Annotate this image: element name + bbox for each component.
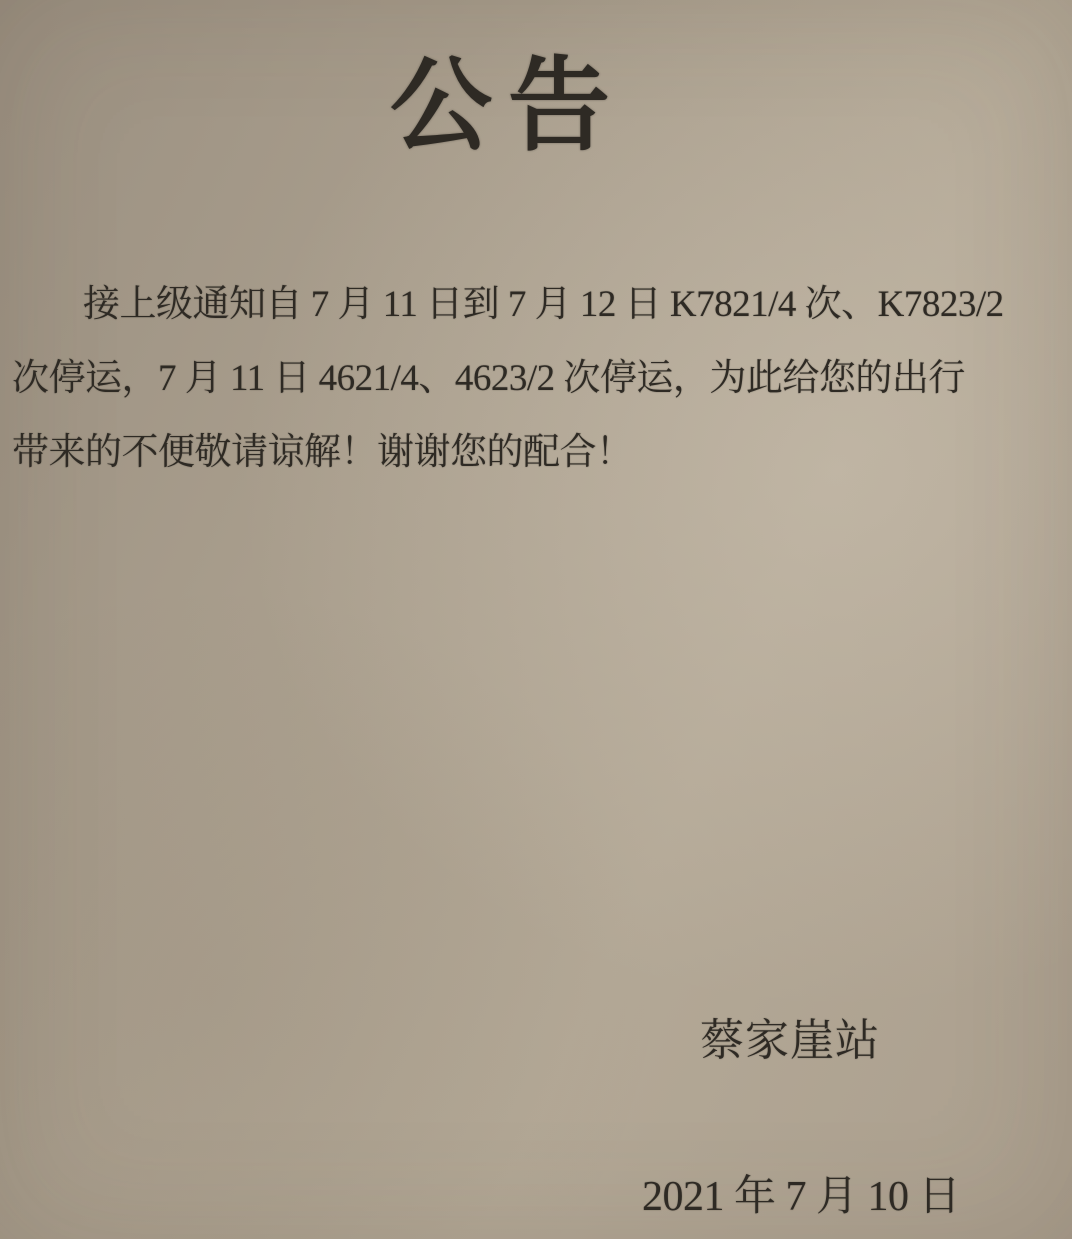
station-signature: 蔡家崖站 bbox=[700, 1012, 880, 1070]
notice-body: 接上级通知自 7 月 11 日到 7 月 12 日 K7821/4 次、K782… bbox=[12, 268, 957, 490]
body-line-1: 接上级通知自 7 月 11 日到 7 月 12 日 K7821/4 次、K782… bbox=[12, 268, 957, 342]
body-line-3: 带来的不便敬请谅解！谢谢您的配合！ bbox=[12, 416, 957, 490]
notice-date: 2021 年 7 月 10 日 bbox=[642, 1168, 960, 1226]
notice-photo: 公告 接上级通知自 7 月 11 日到 7 月 12 日 K7821/4 次、K… bbox=[0, 0, 1072, 1239]
notice-title: 公告 bbox=[0, 44, 1036, 172]
body-line-2: 次停运，7 月 11 日 4621/4、4623/2 次停运，为此给您的出行 bbox=[12, 342, 957, 416]
